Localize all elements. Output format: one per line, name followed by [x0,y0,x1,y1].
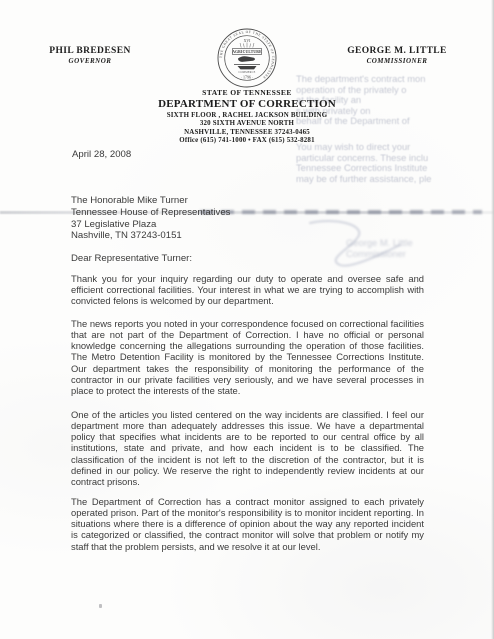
seal-plow-icon [238,56,255,62]
recipient-address-block: The Honorable Mike Turner Tennessee Hous… [71,195,230,242]
body-paragraph-3: One of the articles you listed centered … [71,409,424,487]
showthrough-line: The department's contract mon [296,74,494,85]
salutation: Dear Representative Turner: [71,253,192,264]
org-address-line: NASHVILLE, TENNESSEE 37243-0465 [97,129,397,136]
commissioner-name: GEORGE M. LITTLE [333,46,461,56]
body-paragraph-1: Thank you for your inquiry regarding our… [71,273,424,306]
org-address-line: 320 SIXTH AVENUE NORTH [97,120,397,127]
org-department-line: DEPARTMENT OF CORRECTION [97,98,397,110]
showthrough-signature-block: George M. Little Commissioner [346,238,413,259]
body-paragraph-2: The news reports you noted in your corre… [71,318,424,396]
scan-fold-smudge [200,210,482,214]
showthrough-line: Commissioner [346,249,413,260]
showthrough-line: Tennessee Corrections Institute [296,163,494,174]
scan-speck [99,604,102,608]
commissioner-block: GEORGE M. LITTLE COMMISSIONER [333,46,461,65]
seal-year: · 1796 · [241,75,254,80]
seal-boat-icon [238,66,257,69]
seal-wheat-icon [240,43,254,48]
body-paragraph-4: The Department of Correction has a contr… [71,496,424,552]
showthrough-line: George M. Little [346,238,413,249]
governor-block: PHIL BREDESEN GOVERNOR [30,46,150,65]
scanned-letter-page: The department's contract mon operation … [0,0,494,639]
tennessee-state-seal-icon: THE GREAT SEAL OF THE STATE OF TENNESSEE… [216,27,278,89]
recipient-line: Tennessee House of Representatives [71,207,230,219]
department-address-block: STATE OF TENNESSEE DEPARTMENT OF CORRECT… [97,88,397,144]
letter-date: April 28, 2008 [72,149,131,160]
showthrough-line: may be of further assistance, ple [296,174,494,185]
org-contact-line: Office (615) 741-1000 • FAX (615) 532-82… [97,137,397,144]
recipient-line: 37 Legislative Plaza [71,219,230,231]
governor-title: GOVERNOR [30,57,150,65]
recipient-line: The Honorable Mike Turner [71,195,230,207]
recipient-line: Nashville, TN 37243-0151 [71,230,230,242]
org-address-line: SIXTH FLOOR , RACHEL JACKSON BUILDING [97,112,397,119]
commissioner-title: COMMISSIONER [333,57,461,65]
showthrough-text-middle: You may wish to direct your particular c… [296,142,494,184]
org-state-line: STATE OF TENNESSEE [97,88,397,97]
seal-agriculture-label: AGRICULTURE [232,50,262,54]
seal-numerals: XVI [244,39,251,43]
governor-name: PHIL BREDESEN [30,46,150,56]
